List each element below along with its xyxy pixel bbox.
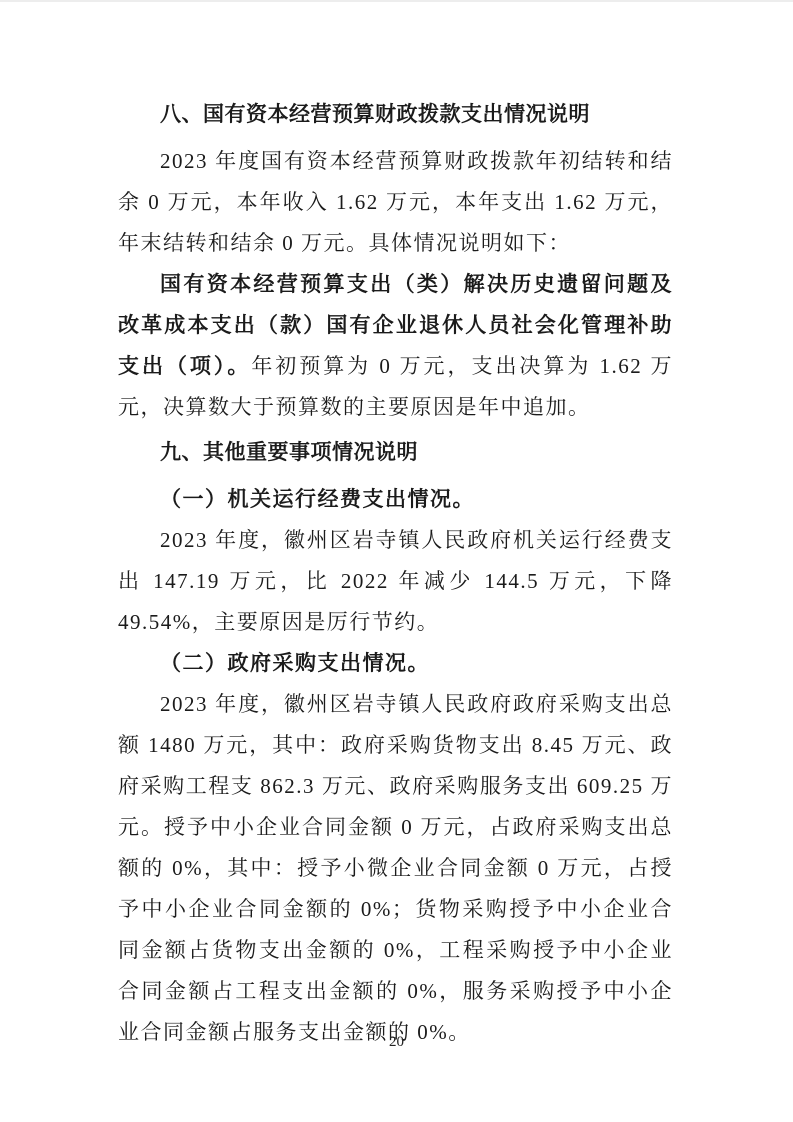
para-expenditure-item-detail: 国有资本经营预算支出（类）解决历史遗留问题及改革成本支出（款）国有企业退休人员社… — [118, 264, 673, 428]
para-operating-expenses-detail: 2023 年度，徽州区岩寺镇人民政府机关运行经费支出 147.19 万元，比 2… — [118, 520, 673, 643]
subsection-heading-2-government-procurement: （二）政府采购支出情况。 — [118, 643, 673, 684]
section-heading-viii-state-capital-budget: 八、国有资本经营预算财政拨款支出情况说明 — [118, 94, 673, 135]
subsection-heading-1-operating-expenses: （一）机关运行经费支出情况。 — [118, 479, 673, 520]
section-heading-ix-other-important-matters: 九、其他重要事项情况说明 — [118, 432, 673, 473]
document-body: 八、国有资本经营预算财政拨款支出情况说明 2023 年度国有资本经营预算财政拨款… — [118, 94, 673, 1053]
para-government-procurement-detail: 2023 年度，徽州区岩寺镇人民政府政府采购支出总额 1480 万元，其中：政府… — [118, 684, 673, 1053]
page-number: 20 — [0, 1034, 793, 1051]
document-page: 八、国有资本经营预算财政拨款支出情况说明 2023 年度国有资本经营预算财政拨款… — [0, 0, 793, 1122]
para-state-capital-budget-summary: 2023 年度国有资本经营预算财政拨款年初结转和结余 0 万元，本年收入 1.6… — [118, 141, 673, 264]
